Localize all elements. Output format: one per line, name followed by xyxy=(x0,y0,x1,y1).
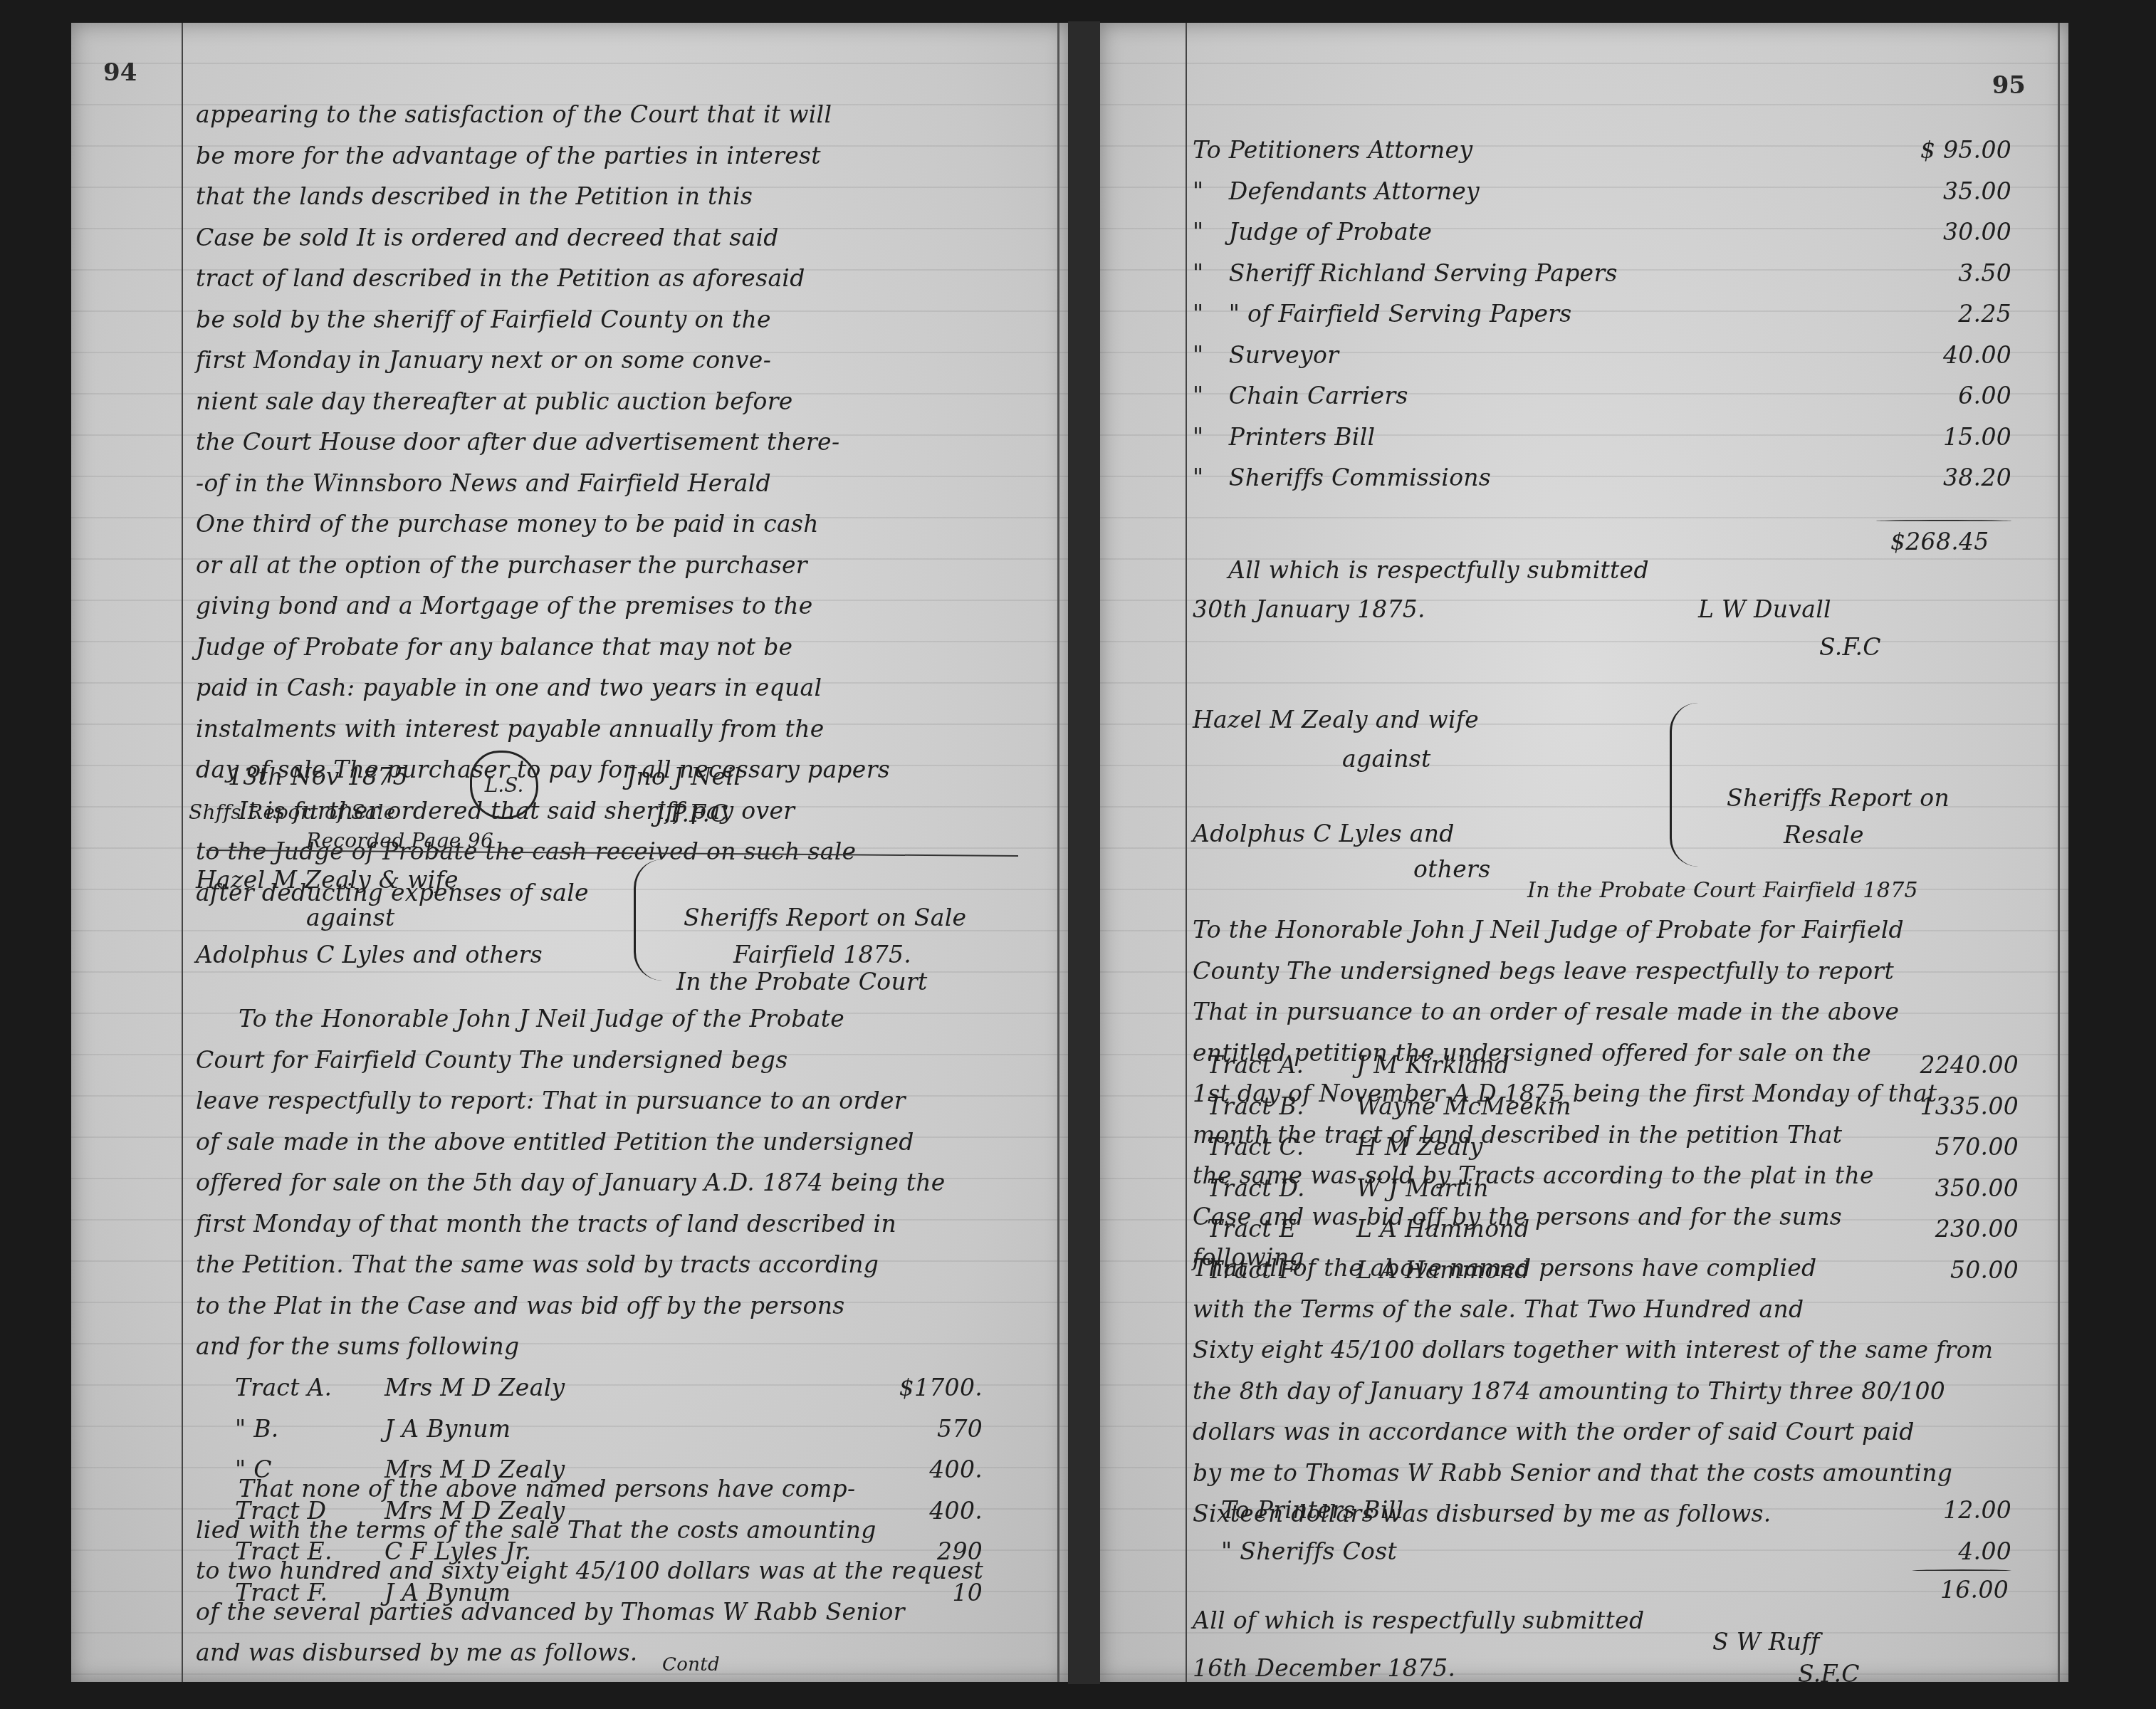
cost-row: " Sheriff Richland Serving Papers3.50 xyxy=(1193,253,2011,294)
caption-plaintiff: Hazel M Zealy and wife xyxy=(1193,699,1479,741)
caption-title-cont: Resale xyxy=(1784,815,1864,856)
cost-row: " Defendants Attorney35.00 xyxy=(1193,171,2011,212)
closing-text: That none of the above named persons hav… xyxy=(196,1468,1050,1673)
caption-court: In the Probate Court Fairfield 1875 xyxy=(1527,870,1918,911)
page-edge xyxy=(1057,23,1059,1682)
cost-row: " Printers Bill15.00 xyxy=(1193,417,2011,458)
tract-row: Tract A.Mrs M D Zealy$1700. xyxy=(235,1367,983,1409)
caption-plaintiff: Hazel M Zealy & wife xyxy=(196,859,459,901)
disbursement-row: To Printers Bill12.00 xyxy=(1221,1490,2011,1531)
tract-row: Tract EL A Hammond230.00 xyxy=(1207,1208,2019,1250)
sheriff-signature: L W Duvall xyxy=(1698,589,1831,630)
caption-title: Sheriffs Report on xyxy=(1727,778,1950,819)
caption-against: against xyxy=(306,897,395,939)
book-binding-gutter xyxy=(1068,21,1100,1684)
caption-against: against xyxy=(1342,738,1431,780)
tract-row: Tract B.Wayne McMeekin1335.00 xyxy=(1207,1086,2019,1127)
ledger-page-right: 95 To Petitioners Attorney$ 95.00 " Defe… xyxy=(1100,23,2068,1682)
order-date: 13th Nov 1875 xyxy=(228,756,408,798)
disbursements-total: 16.00 xyxy=(1940,1569,2009,1611)
cost-row: To Petitioners Attorney$ 95.00 xyxy=(1193,130,2011,171)
page-number: 95 xyxy=(1992,71,2026,100)
seal-ls: L.S. xyxy=(470,751,538,819)
submission-text-2: All of which is respectfully submitted xyxy=(1193,1600,1644,1641)
judge-signature: Jno J Neil xyxy=(627,756,741,798)
continued-note: Contd xyxy=(662,1645,720,1686)
costs-total: $268.45 xyxy=(1890,521,1989,563)
submission-text: All which is respectfully submitted xyxy=(1228,550,1649,591)
submission-date-2: 16th December 1875. xyxy=(1193,1648,1455,1689)
margin-note-recorded: Recorded Page 96 xyxy=(306,820,493,862)
disbursements-list: To Printers Bill12.00 " Sheriffs Cost4.0… xyxy=(1221,1490,2011,1572)
disbursement-row: " Sheriffs Cost4.00 xyxy=(1221,1531,2011,1572)
caption-brace xyxy=(634,859,664,981)
caption-defendant-cont: others xyxy=(1413,849,1490,890)
page-edge xyxy=(2058,23,2060,1682)
caption-defendant: Adolphus C Lyles and xyxy=(1193,813,1455,854)
sheriff-report-text: To the Honorable John J Neil Judge of th… xyxy=(196,998,1050,1367)
ledger-page-left: 94 appearing to the satisfaction of the … xyxy=(71,23,1068,1682)
judge-title: J.P.F.C xyxy=(655,793,728,835)
cost-row: " Sheriffs Commissions38.20 xyxy=(1193,457,2011,498)
sheriff-title: S.F.C xyxy=(1819,627,1881,668)
caption-defendant: Adolphus C Lyles and others xyxy=(196,934,543,976)
caption-court: In the Probate Court xyxy=(676,961,928,1003)
margin-rule xyxy=(182,23,183,1682)
costs-list: To Petitioners Attorney$ 95.00 " Defenda… xyxy=(1193,130,2011,498)
tract-row: Tract A.J M Kirkland2240.00 xyxy=(1207,1045,2019,1086)
sheriff-title-2: S.F.C xyxy=(1798,1653,1860,1695)
cost-row: " Chain Carriers6.00 xyxy=(1193,375,2011,417)
caption-title: Sheriffs Report on Sale xyxy=(684,897,966,939)
cost-row: " Surveyor40.00 xyxy=(1193,335,2011,376)
margin-rule xyxy=(1186,23,1187,1682)
caption-brace xyxy=(1670,703,1700,867)
tract-row: Tract D.W J Martin350.00 xyxy=(1207,1168,2019,1209)
submission-date: 30th January 1875. xyxy=(1193,589,1425,630)
cost-row: " Judge of Probate30.00 xyxy=(1193,211,2011,253)
tract-row: Tract C.H M Zealy570.00 xyxy=(1207,1127,2019,1168)
tract-row: " B.J A Bynum570 xyxy=(235,1409,983,1450)
cost-row: " " of Fairfield Serving Papers2.25 xyxy=(1193,293,2011,335)
page-number: 94 xyxy=(103,58,137,87)
